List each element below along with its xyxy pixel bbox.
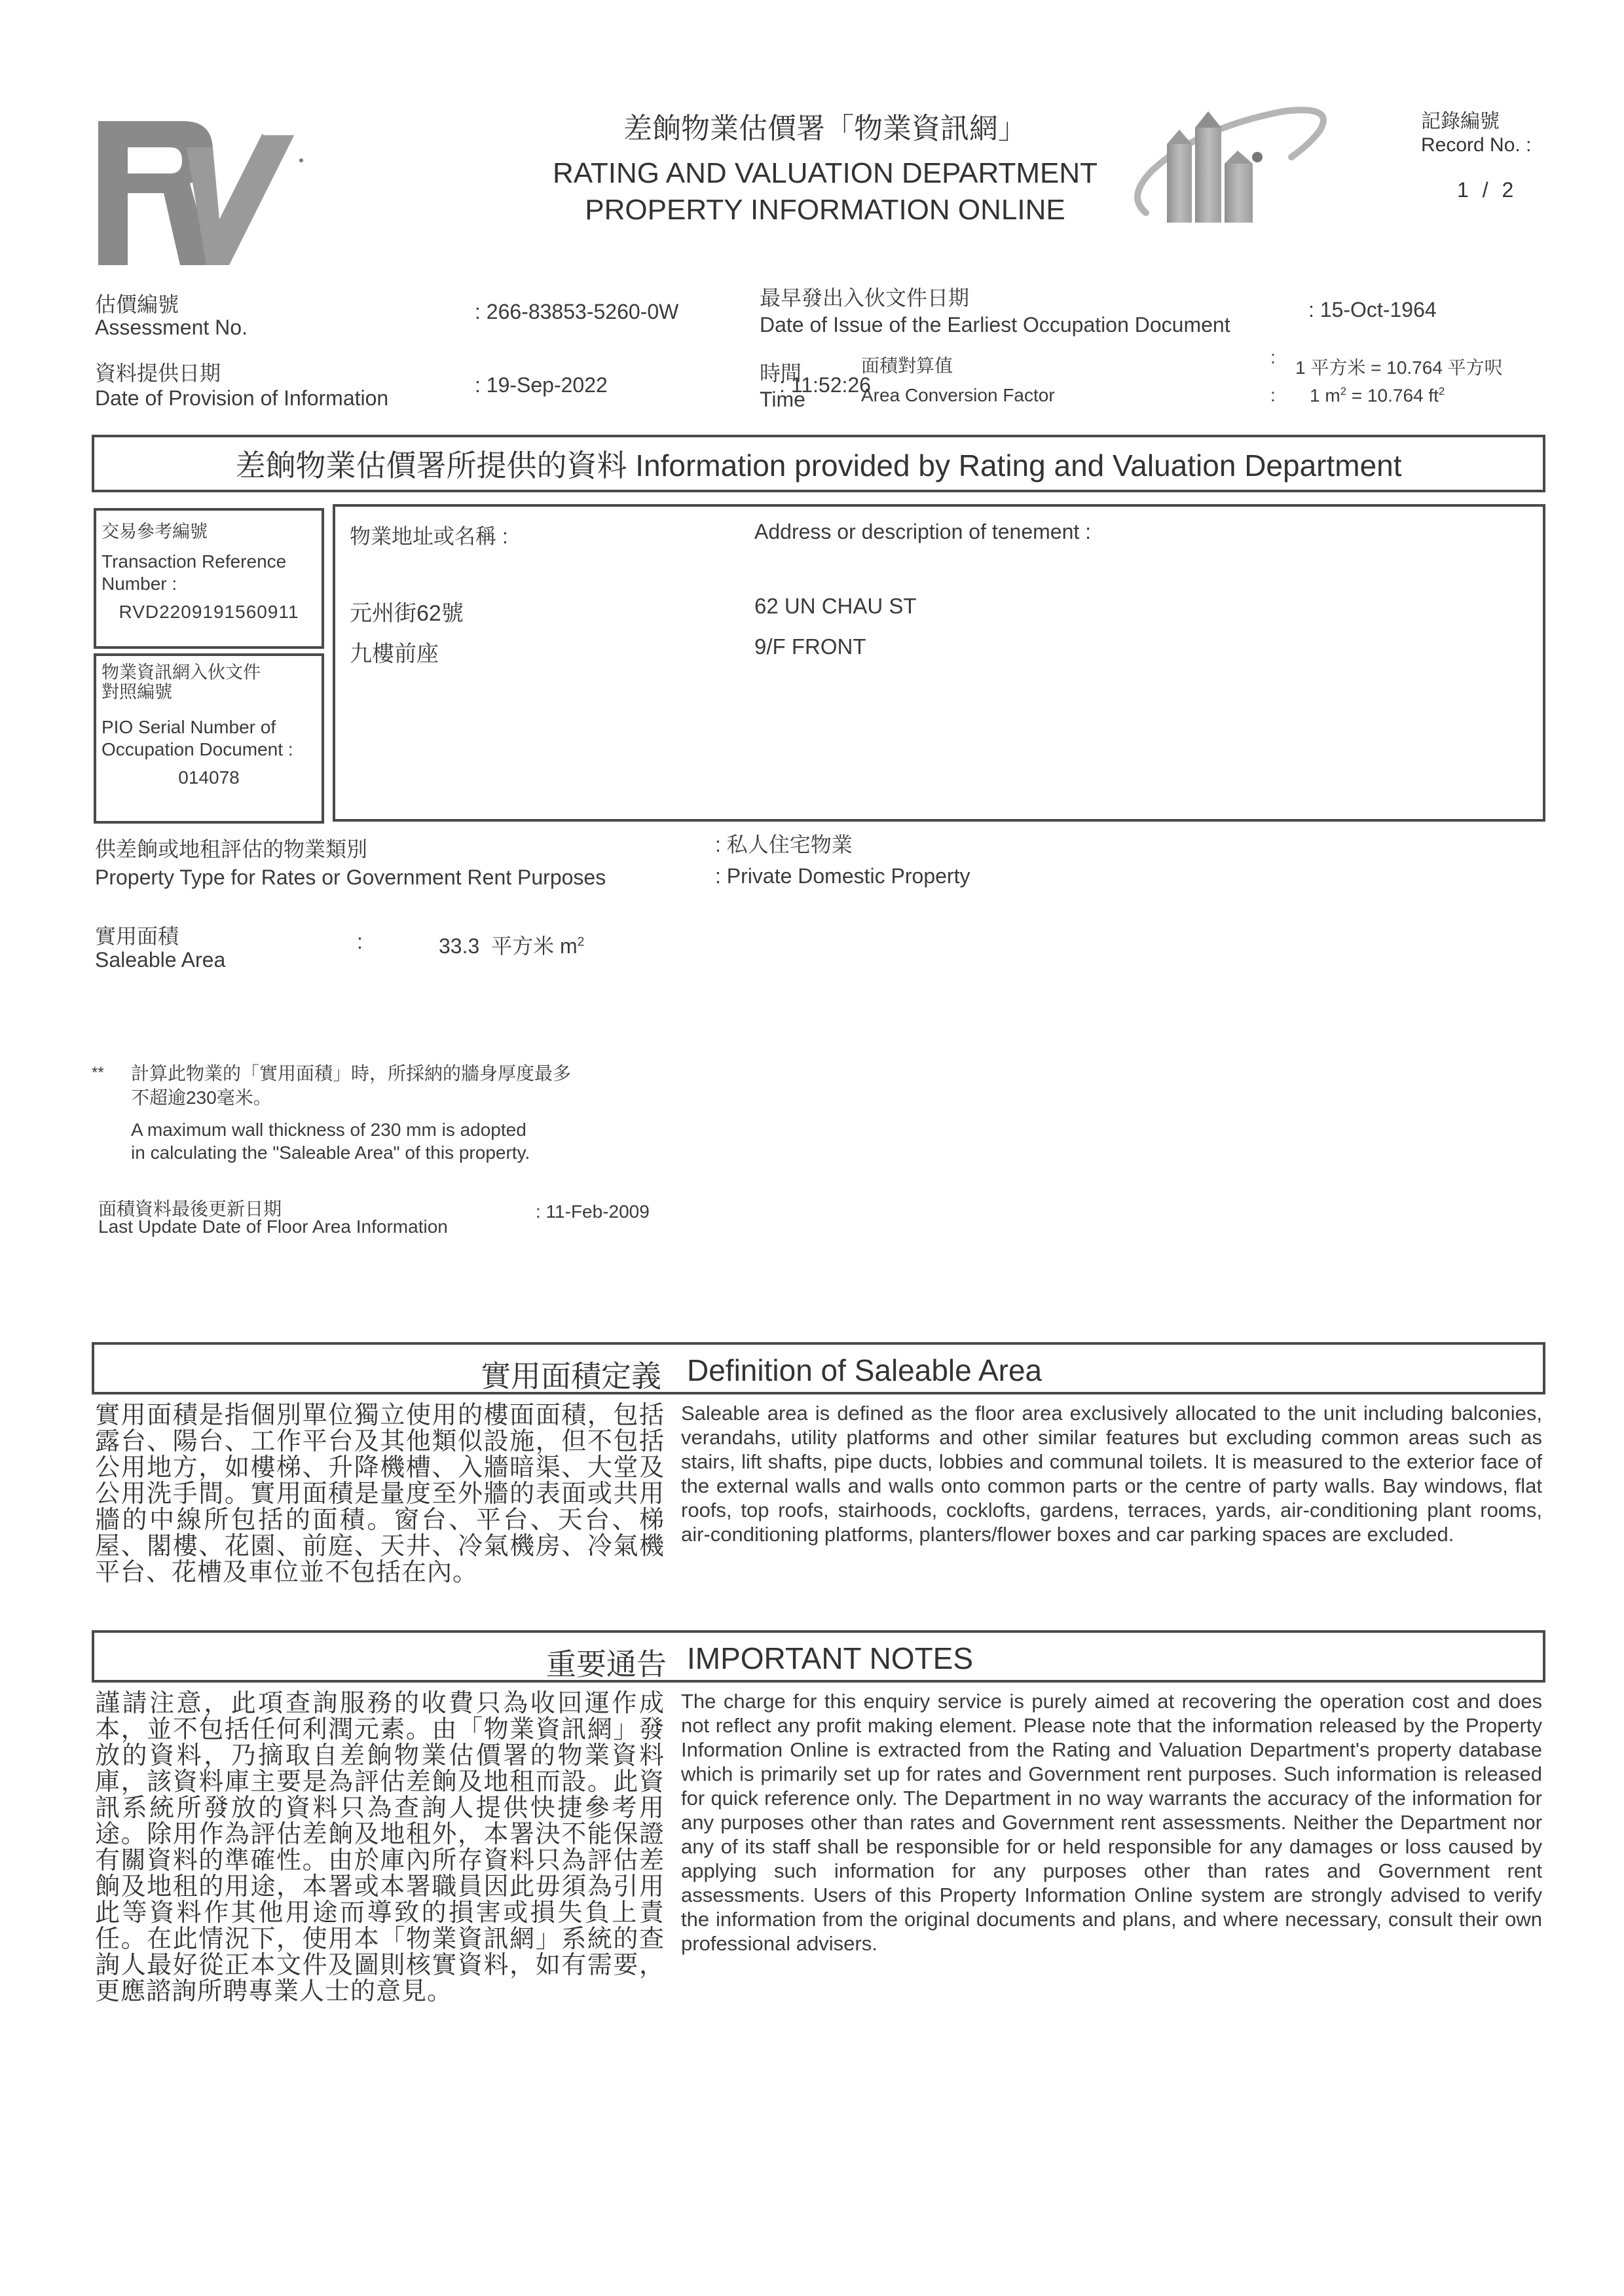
floor-area-update-label-en: Last Update Date of Floor Area Informati… (98, 1216, 448, 1237)
pio-logo (1120, 98, 1369, 229)
transaction-label-zh: 交易參考編號 (101, 517, 316, 543)
conversion-value-en: 1 m2 = 10.764 ft2 (1310, 385, 1445, 406)
conversion-colon-en: : (1270, 385, 1276, 406)
pio-buildings-icon (1120, 98, 1369, 229)
definition-text-en: Saleable area is defined as the floor ar… (681, 1401, 1542, 1546)
saleable-area-colon: : (357, 930, 363, 954)
saleable-area-value: 33.3 平方米 m2 (439, 930, 584, 960)
address-zh-line2: 九樓前座 (350, 636, 439, 668)
conversion-sup-m: 2 (1340, 385, 1346, 397)
occupation-date-label-zh: 最早發出入伙文件日期 (760, 282, 969, 312)
time-value: : 11:52:26 (779, 373, 871, 397)
saleable-area-unit: 平方米 m (491, 934, 578, 958)
notes-text-zh: 謹請注意，此項查詢服務的收費只為收回運作成本，並不包括任何利潤元素。由「物業資訊… (95, 1690, 665, 2005)
definition-title-en: Definition of Saleable Area (687, 1353, 1042, 1388)
address-label-en: Address or description of tenement : (754, 520, 1091, 544)
time-text: : 11:52:26 (779, 373, 871, 397)
saleable-area-label-en: Saleable Area (95, 948, 225, 972)
occupation-date: : 15-Oct-1964 (1308, 298, 1437, 322)
transaction-label-en: Transaction Reference Number : (101, 551, 316, 595)
address-zh-line1: 元州街62號 (350, 595, 464, 627)
record-label-en: Record No. : (1421, 134, 1531, 156)
provision-date-label-en: Date of Provision of Information (95, 386, 388, 410)
note-marker: ** (92, 1064, 104, 1082)
property-type-label-en: Property Type for Rates or Government Re… (95, 866, 606, 890)
address-en-line2: 9/F FRONT (754, 634, 866, 659)
provision-date: : 19-Sep-2022 (475, 373, 608, 397)
address-en-line1: 62 UN CHAU ST (754, 594, 917, 619)
floor-area-update-date: : 11-Feb-2009 (536, 1201, 650, 1222)
address-box: 物業地址或名稱 : Address or description of tene… (333, 504, 1545, 822)
property-type-en: : Private Domestic Property (715, 864, 970, 888)
provision-date-label-zh: 資料提供日期 (95, 357, 221, 387)
record-number: 1 / 2 (1457, 178, 1517, 202)
notes-text-en: The charge for this enquiry service is p… (681, 1689, 1542, 1956)
address-label-zh: 物業地址或名稱 : (350, 520, 508, 550)
definition-section-header: 實用面積定義 Definition of Saleable Area (92, 1342, 1545, 1394)
info-section-title: 差餉物業估價署所提供的資料 Information provided by Ra… (235, 442, 1401, 485)
assessment-label-en: Assessment No. (95, 316, 248, 340)
pio-serial-box: 物業資訊網入伙文件對照編號 PIO Serial Number of Occup… (94, 653, 324, 824)
note-zh-line2: 不超逾230毫米。 (131, 1084, 272, 1110)
conversion-colon-zh: : (1270, 347, 1276, 368)
conversion-label-en: Area Conversion Factor (861, 385, 1055, 406)
saleable-area-number: 33.3 (439, 934, 479, 958)
occupation-date-label-en: Date of Issue of the Earliest Occupation… (760, 313, 1230, 337)
record-label-zh: 記錄編號 (1421, 105, 1500, 134)
assessment-number: : 266-83853-5260-0W (475, 300, 678, 324)
note-en-line1: A maximum wall thickness of 230 mm is ad… (131, 1120, 526, 1140)
conversion-label-zh: 面積對算值 (861, 352, 953, 378)
definition-title-zh: 實用面積定義 (481, 1353, 661, 1396)
saleable-area-unit-sup: 2 (578, 935, 585, 949)
transaction-reference-box: 交易參考編號 Transaction Reference Number : RV… (94, 508, 324, 649)
property-type-label-zh: 供差餉或地租評估的物業類別 (95, 833, 367, 863)
conversion-sup-ft: 2 (1439, 385, 1445, 397)
notes-title-zh: 重要通告 (546, 1641, 667, 1684)
notes-title-en: IMPORTANT NOTES (687, 1641, 973, 1676)
notes-section-header: 重要通告 IMPORTANT NOTES (92, 1630, 1545, 1683)
conversion-ft: = 10.764 ft (1346, 385, 1439, 405)
note-zh-line1: 計算此物業的「實用面積」時，所採納的牆身厚度最多 (131, 1059, 571, 1085)
saleable-area-label-zh: 實用面積 (95, 920, 179, 950)
header-title-zh: 差餉物業估價署「物業資訊網」 (458, 105, 1192, 147)
conversion-m: 1 m (1310, 385, 1340, 405)
rv-logo-icon (98, 121, 308, 268)
pio-serial-number: 014078 (101, 767, 316, 788)
info-section-header: 差餉物業估價署所提供的資料 Information provided by Ra… (92, 435, 1545, 492)
pio-serial-label-en: PIO Serial Number of Occupation Document… (101, 716, 316, 761)
property-type-zh: : 私人住宅物業 (715, 828, 853, 858)
rv-logo (98, 121, 308, 268)
conversion-value-zh: 1 平方米 = 10.764 平方呎 (1295, 354, 1503, 380)
definition-text-zh: 實用面積是指個別單位獨立使用的樓面面積，包括露台、陽台、工作平台及其他類似設施，… (95, 1402, 665, 1586)
note-en-line2: in calculating the "Saleable Area" of th… (131, 1142, 530, 1163)
assessment-label-zh: 估價編號 (95, 288, 179, 318)
pio-serial-label-zh: 物業資訊網入伙文件對照編號 (101, 663, 272, 702)
transaction-reference-number: RVD2209191560911 (101, 602, 316, 623)
